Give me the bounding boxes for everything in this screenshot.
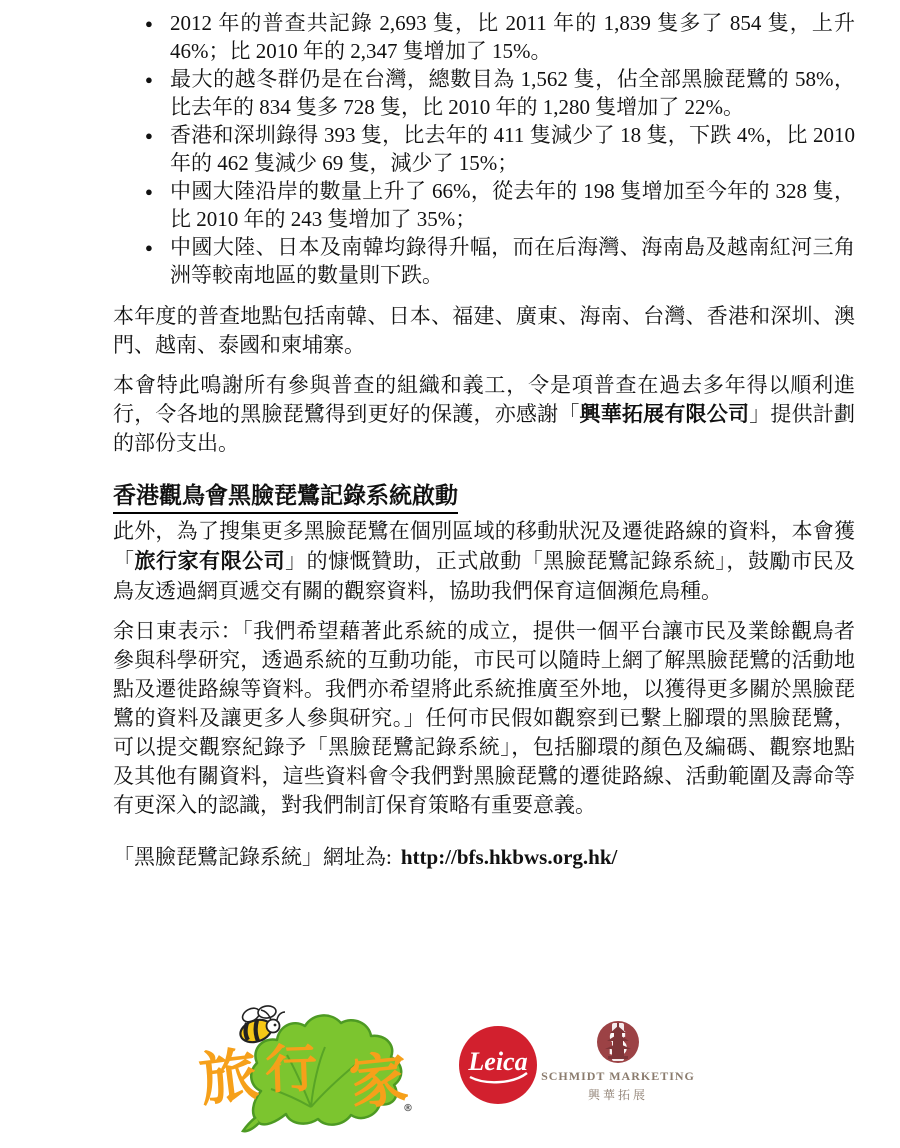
travel-agency-logo: 旅 行 家 ® bbox=[193, 1003, 425, 1133]
paragraph-census-sites: 本年度的普查地點包括南韓、日本、福建、廣東、海南、台灣、香港和深圳、澳門、越南、… bbox=[113, 302, 855, 360]
paragraph-record-system-intro: 此外，為了搜集更多黑臉琵鷺在個別區域的移動狀況及遷徙路線的資料，本會獲「旅行家有… bbox=[113, 516, 855, 606]
record-system-url: http://bfs.hkbws.org.hk/ bbox=[401, 845, 618, 869]
bullet-item-taiwan: ● 最大的越冬群仍是在台灣，總數目為 1,562 隻，佔全部黑臉琵鷺的 58%，… bbox=[113, 65, 855, 121]
bullet-icon: ● bbox=[145, 178, 153, 206]
leica-wordmark: Leica bbox=[467, 1047, 527, 1076]
bullet-text: 香港和深圳錄得 393 隻，比去年的 411 隻減少了 18 隻，下跌 4%，比… bbox=[170, 123, 855, 175]
bullet-item-hongkong-shenzhen: ● 香港和深圳錄得 393 隻，比去年的 411 隻減少了 18 隻，下跌 4%… bbox=[113, 121, 855, 177]
section-heading-text: 香港觀鳥會黑臉琵鷺記錄系統啟動 bbox=[113, 481, 458, 514]
paragraph-acknowledgement: 本會特此鳴謝所有參與普查的組織和義工，令是項普查在過去多年得以順利進行，令各地的… bbox=[113, 371, 855, 458]
paragraph-quote: 余日東表示：「我們希望藉著此系統的成立，提供一個平台讓市民及業餘觀鳥者參與科學研… bbox=[113, 617, 855, 820]
bullet-icon: ● bbox=[145, 10, 153, 38]
travel-char-2: 行 bbox=[264, 1039, 318, 1101]
pagoda-emblem-icon: S bbox=[595, 1020, 641, 1066]
url-label: 「黑臉琵鷺記錄系統」網址為: bbox=[113, 845, 392, 869]
document-page: ● 2012 年的普查共記錄 2,693 隻，比 2011 年的 1,839 隻… bbox=[0, 0, 900, 1148]
sponsor-travel-agency-name: 旅行家有限公司 bbox=[135, 549, 286, 573]
leica-logo: Leica bbox=[459, 1026, 537, 1104]
bullet-text: 最大的越冬群仍是在台灣，總數目為 1,562 隻，佔全部黑臉琵鷺的 58%，比去… bbox=[170, 67, 855, 119]
sponsor-logos-row: 旅 行 家 ® Leica S bbox=[0, 1000, 900, 1148]
schmidt-chinese-name: 興華拓展 bbox=[538, 1086, 698, 1103]
bullet-icon: ● bbox=[145, 122, 153, 150]
bullet-text: 中國大陸沿岸的數量上升了 66%，從去年的 198 隻增加至今年的 328 隻，… bbox=[170, 179, 855, 231]
bullet-icon: ● bbox=[145, 234, 153, 262]
bullet-item-regional-trends: ● 中國大陸、日本及南韓均錄得升幅，而在后海灣、海南島及越南紅河三角洲等較南地區… bbox=[113, 233, 855, 289]
bullet-item-total: ● 2012 年的普查共記錄 2,693 隻，比 2011 年的 1,839 隻… bbox=[113, 9, 855, 65]
document-body: ● 2012 年的普查共記錄 2,693 隻，比 2011 年的 1,839 隻… bbox=[113, 9, 855, 872]
url-line: 「黑臉琵鷺記錄系統」網址為:http://bfs.hkbws.org.hk/ bbox=[113, 843, 855, 872]
travel-char-1: 旅 bbox=[196, 1040, 262, 1115]
census-bullet-list: ● 2012 年的普查共記錄 2,693 隻，比 2011 年的 1,839 隻… bbox=[113, 9, 855, 289]
bullet-icon: ● bbox=[145, 66, 153, 94]
bullet-text: 2012 年的普查共記錄 2,693 隻，比 2011 年的 1,839 隻多了… bbox=[170, 11, 855, 63]
schmidt-marketing-logo: S SCHMIDT MARKETING 興華拓展 bbox=[538, 1020, 698, 1103]
sponsor-schmidt-name: 興華拓展有限公司 bbox=[580, 402, 750, 426]
bullet-text: 中國大陸、日本及南韓均錄得升幅，而在后海灣、海南島及越南紅河三角洲等較南地區的數… bbox=[170, 235, 855, 287]
travel-char-3: 家 bbox=[346, 1044, 411, 1118]
schmidt-name: SCHMIDT MARKETING bbox=[538, 1069, 698, 1084]
registered-mark: ® bbox=[403, 1103, 413, 1114]
section-heading: 香港觀鳥會黑臉琵鷺記錄系統啟動 bbox=[113, 481, 855, 514]
bullet-item-china-coast: ● 中國大陸沿岸的數量上升了 66%，從去年的 198 隻增加至今年的 328 … bbox=[113, 177, 855, 233]
